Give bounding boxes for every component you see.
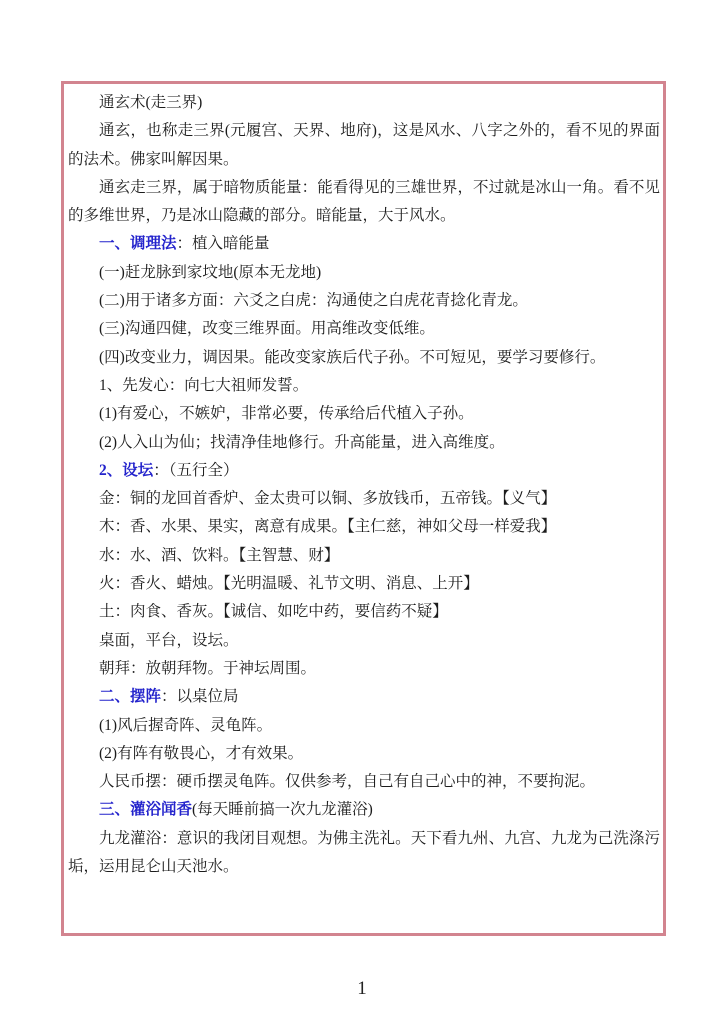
paragraph-text: (四)改变业力，调因果。能改变家族后代子孙。不可短见，要学习要修行。: [99, 349, 605, 366]
paragraph-text: 人民币摆：硬币摆灵龟阵。仅供参考，自己有自己心中的神，不要拘泥。: [99, 773, 595, 790]
heading-paragraph: 一、调理法：植入暗能量: [68, 230, 660, 258]
paragraph-text: (一)赶龙脉到家坟地(原本无龙地): [99, 264, 321, 281]
paragraph-text: (每天睡前搞一次九龙灌浴): [192, 801, 373, 818]
paragraph: 土：肉食、香灰。【诚信、如吃中药，要信药不疑】: [68, 598, 660, 626]
paragraph-text: 通玄走三界，属于暗物质能量：能看得见的三雄世界，不过就是冰山一角。看不见的多维世…: [68, 179, 660, 224]
paragraph-text: (2)有阵有敬畏心，才有效果。: [99, 745, 303, 762]
paragraph-text: ：植入暗能量: [177, 235, 270, 252]
paragraph: 水：水、酒、饮料。【主智慧、财】: [68, 542, 660, 570]
paragraph: (2)人入山为仙；找清净佳地修行。升高能量，进入高维度。: [68, 429, 660, 457]
paragraph: (二)用于诸多方面：六爻之白虎：沟通使之白虎花青捻化青龙。: [68, 287, 660, 315]
paragraph: (一)赶龙脉到家坟地(原本无龙地): [68, 259, 660, 287]
paragraph: (1)有爱心，不嫉妒，非常必要，传承给后代植入子孙。: [68, 400, 660, 428]
document-body: 通玄术(走三界)通玄，也称走三界(元履宫、天界、地府)，这是风水、八字之外的，看…: [64, 84, 663, 881]
paragraph-text: 火：香火、蜡烛。【光明温暖、礼节文明、消息、上开】: [99, 575, 479, 592]
heading-lead: 三、灌浴闻香: [99, 801, 192, 818]
paragraph-text: 土：肉食、香灰。【诚信、如吃中药，要信药不疑】: [99, 603, 448, 620]
paragraph: 通玄，也称走三界(元履宫、天界、地府)，这是风水、八字之外的，看不见的界面的法术…: [68, 117, 660, 174]
paragraph-text: (二)用于诸多方面：六爻之白虎：沟通使之白虎花青捻化青龙。: [99, 292, 528, 309]
paragraph: (四)改变业力，调因果。能改变家族后代子孙。不可短见，要学习要修行。: [68, 344, 660, 372]
paragraph-text: 桌面，平台，设坛。: [99, 632, 239, 649]
paragraph: 火：香火、蜡烛。【光明温暖、礼节文明、消息、上开】: [68, 570, 660, 598]
heading-lead: 2、设坛: [99, 462, 153, 479]
heading-lead: 二、摆阵: [99, 688, 161, 705]
heading-paragraph: 2、设坛：（五行全）: [68, 457, 660, 485]
paragraph-text: ：（五行全）: [153, 462, 238, 479]
paragraph-text: ：以桌位局: [161, 688, 239, 705]
document-page: { "page": { "number": "1" }, "colors": {…: [0, 0, 724, 1024]
page-border: 通玄术(走三界)通玄，也称走三界(元履宫、天界、地府)，这是风水、八字之外的，看…: [61, 81, 666, 936]
paragraph: 朝拜：放朝拜物。于神坛周围。: [68, 655, 660, 683]
paragraph: 九龙灌浴：意识的我闭目观想。为佛主洗礼。天下看九州、九宫、九龙为己洗涤污垢，运用…: [68, 825, 660, 882]
paragraph-text: (1)风后握奇阵、灵龟阵。: [99, 717, 272, 734]
heading-lead: 一、调理法: [99, 235, 177, 252]
paragraph-text: (三)沟通四健，改变三维界面。用高维改变低维。: [99, 320, 435, 337]
paragraph: 通玄术(走三界): [68, 89, 660, 117]
paragraph: 木：香、水果、果实，离意有成果。【主仁慈，神如父母一样爱我】: [68, 513, 660, 541]
paragraph-text: 1、先发心：向七大祖师发誓。: [99, 377, 308, 394]
heading-paragraph: 三、灌浴闻香(每天睡前搞一次九龙灌浴): [68, 796, 660, 824]
paragraph: (1)风后握奇阵、灵龟阵。: [68, 712, 660, 740]
paragraph-text: (2)人入山为仙；找清净佳地修行。升高能量，进入高维度。: [99, 434, 505, 451]
paragraph: 金：铜的龙回首香炉、金太贵可以铜、多放钱币，五帝钱。【义气】: [68, 485, 660, 513]
paragraph-text: 九龙灌浴：意识的我闭目观想。为佛主洗礼。天下看九州、九宫、九龙为己洗涤污垢，运用…: [68, 830, 660, 875]
paragraph: 桌面，平台，设坛。: [68, 627, 660, 655]
paragraph-text: 通玄，也称走三界(元履宫、天界、地府)，这是风水、八字之外的，看不见的界面的法术…: [68, 122, 660, 167]
paragraph-text: 通玄术(走三界): [99, 94, 202, 111]
heading-paragraph: 二、摆阵：以桌位局: [68, 683, 660, 711]
paragraph-text: 金：铜的龙回首香炉、金太贵可以铜、多放钱币，五帝钱。【义气】: [99, 490, 556, 507]
paragraph-text: 朝拜：放朝拜物。于神坛周围。: [99, 660, 316, 677]
paragraph: 人民币摆：硬币摆灵龟阵。仅供参考，自己有自己心中的神，不要拘泥。: [68, 768, 660, 796]
paragraph: (三)沟通四健，改变三维界面。用高维改变低维。: [68, 315, 660, 343]
paragraph-text: 木：香、水果、果实，离意有成果。【主仁慈，神如父母一样爱我】: [99, 518, 556, 535]
paragraph: 通玄走三界，属于暗物质能量：能看得见的三雄世界，不过就是冰山一角。看不见的多维世…: [68, 174, 660, 231]
paragraph: 1、先发心：向七大祖师发誓。: [68, 372, 660, 400]
page-number: 1: [0, 978, 724, 1000]
paragraph-text: 水：水、酒、饮料。【主智慧、财】: [99, 547, 339, 564]
paragraph: (2)有阵有敬畏心，才有效果。: [68, 740, 660, 768]
paragraph-text: (1)有爱心，不嫉妒，非常必要，传承给后代植入子孙。: [99, 405, 474, 422]
